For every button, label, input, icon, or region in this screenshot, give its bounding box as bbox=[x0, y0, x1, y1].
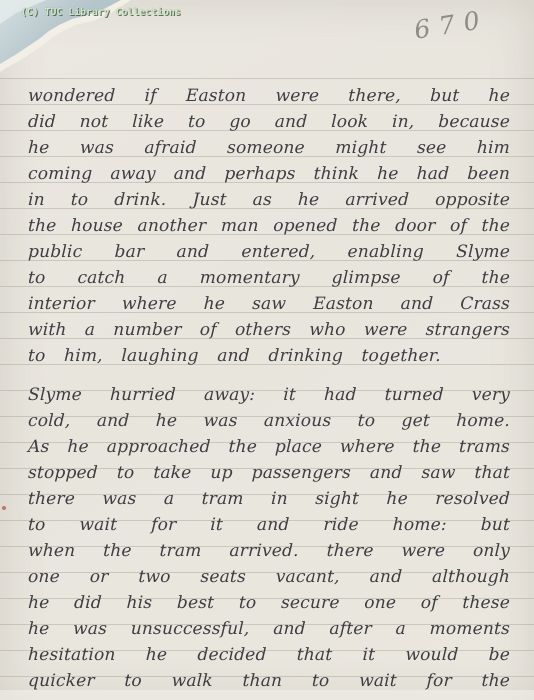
manuscript-line: to catch a momentary glimpse of the bbox=[28, 266, 511, 292]
manuscript-line: Slyme hurried away: it had turned very bbox=[28, 383, 511, 409]
manuscript-line: he was unsuccessful, and after a moments bbox=[28, 617, 511, 643]
manuscript-line: he was afraid someone might see him bbox=[28, 136, 511, 162]
manuscript-line: coming away and perhaps think he had bee… bbox=[28, 162, 511, 188]
paragraph-gap bbox=[28, 370, 510, 383]
paper-bottom-band bbox=[0, 690, 534, 700]
paper-speck bbox=[2, 506, 6, 510]
manuscript-line: there was a tram in sight he resolved bbox=[28, 487, 511, 513]
manuscript-line: interior where he saw Easton and Crass bbox=[28, 292, 511, 318]
copyright-watermark: (C) TUC Library Collections bbox=[21, 7, 181, 18]
manuscript-line: hesitation he decided that it would be bbox=[28, 643, 511, 669]
manuscript-line: one or two seats vacant, and although bbox=[28, 565, 511, 591]
manuscript-line: when the tram arrived. there were only bbox=[28, 539, 511, 565]
manuscript-line: As he approached the place where the tra… bbox=[28, 435, 511, 461]
manuscript-line: to him, laughing and drinking together. bbox=[28, 344, 511, 370]
manuscript-line: wondered if Easton were there, but he bbox=[28, 84, 511, 110]
manuscript-line: did not like to go and look in, because bbox=[28, 110, 511, 136]
manuscript-line: in to drink. Just as he arrived opposite bbox=[28, 188, 511, 214]
manuscript-page: (C) TUC Library Collections 670 wondered… bbox=[0, 0, 534, 700]
manuscript-line: stopped to take up passengers and saw th… bbox=[28, 461, 511, 487]
manuscript-line: with a number of others who were strange… bbox=[28, 318, 511, 344]
manuscript-line: he did his best to secure one of these bbox=[28, 591, 511, 617]
manuscript-line: cold, and he was anxious to get home. bbox=[28, 409, 511, 435]
manuscript-line: to wait for it and ride home: but bbox=[28, 513, 511, 539]
page-number: 670 bbox=[412, 4, 490, 44]
manuscript-line: the house another man opened the door of… bbox=[28, 214, 511, 240]
manuscript-line: public bar and entered, enabling Slyme bbox=[28, 240, 511, 266]
manuscript-text: wondered if Easton were there, but he di… bbox=[28, 84, 510, 695]
